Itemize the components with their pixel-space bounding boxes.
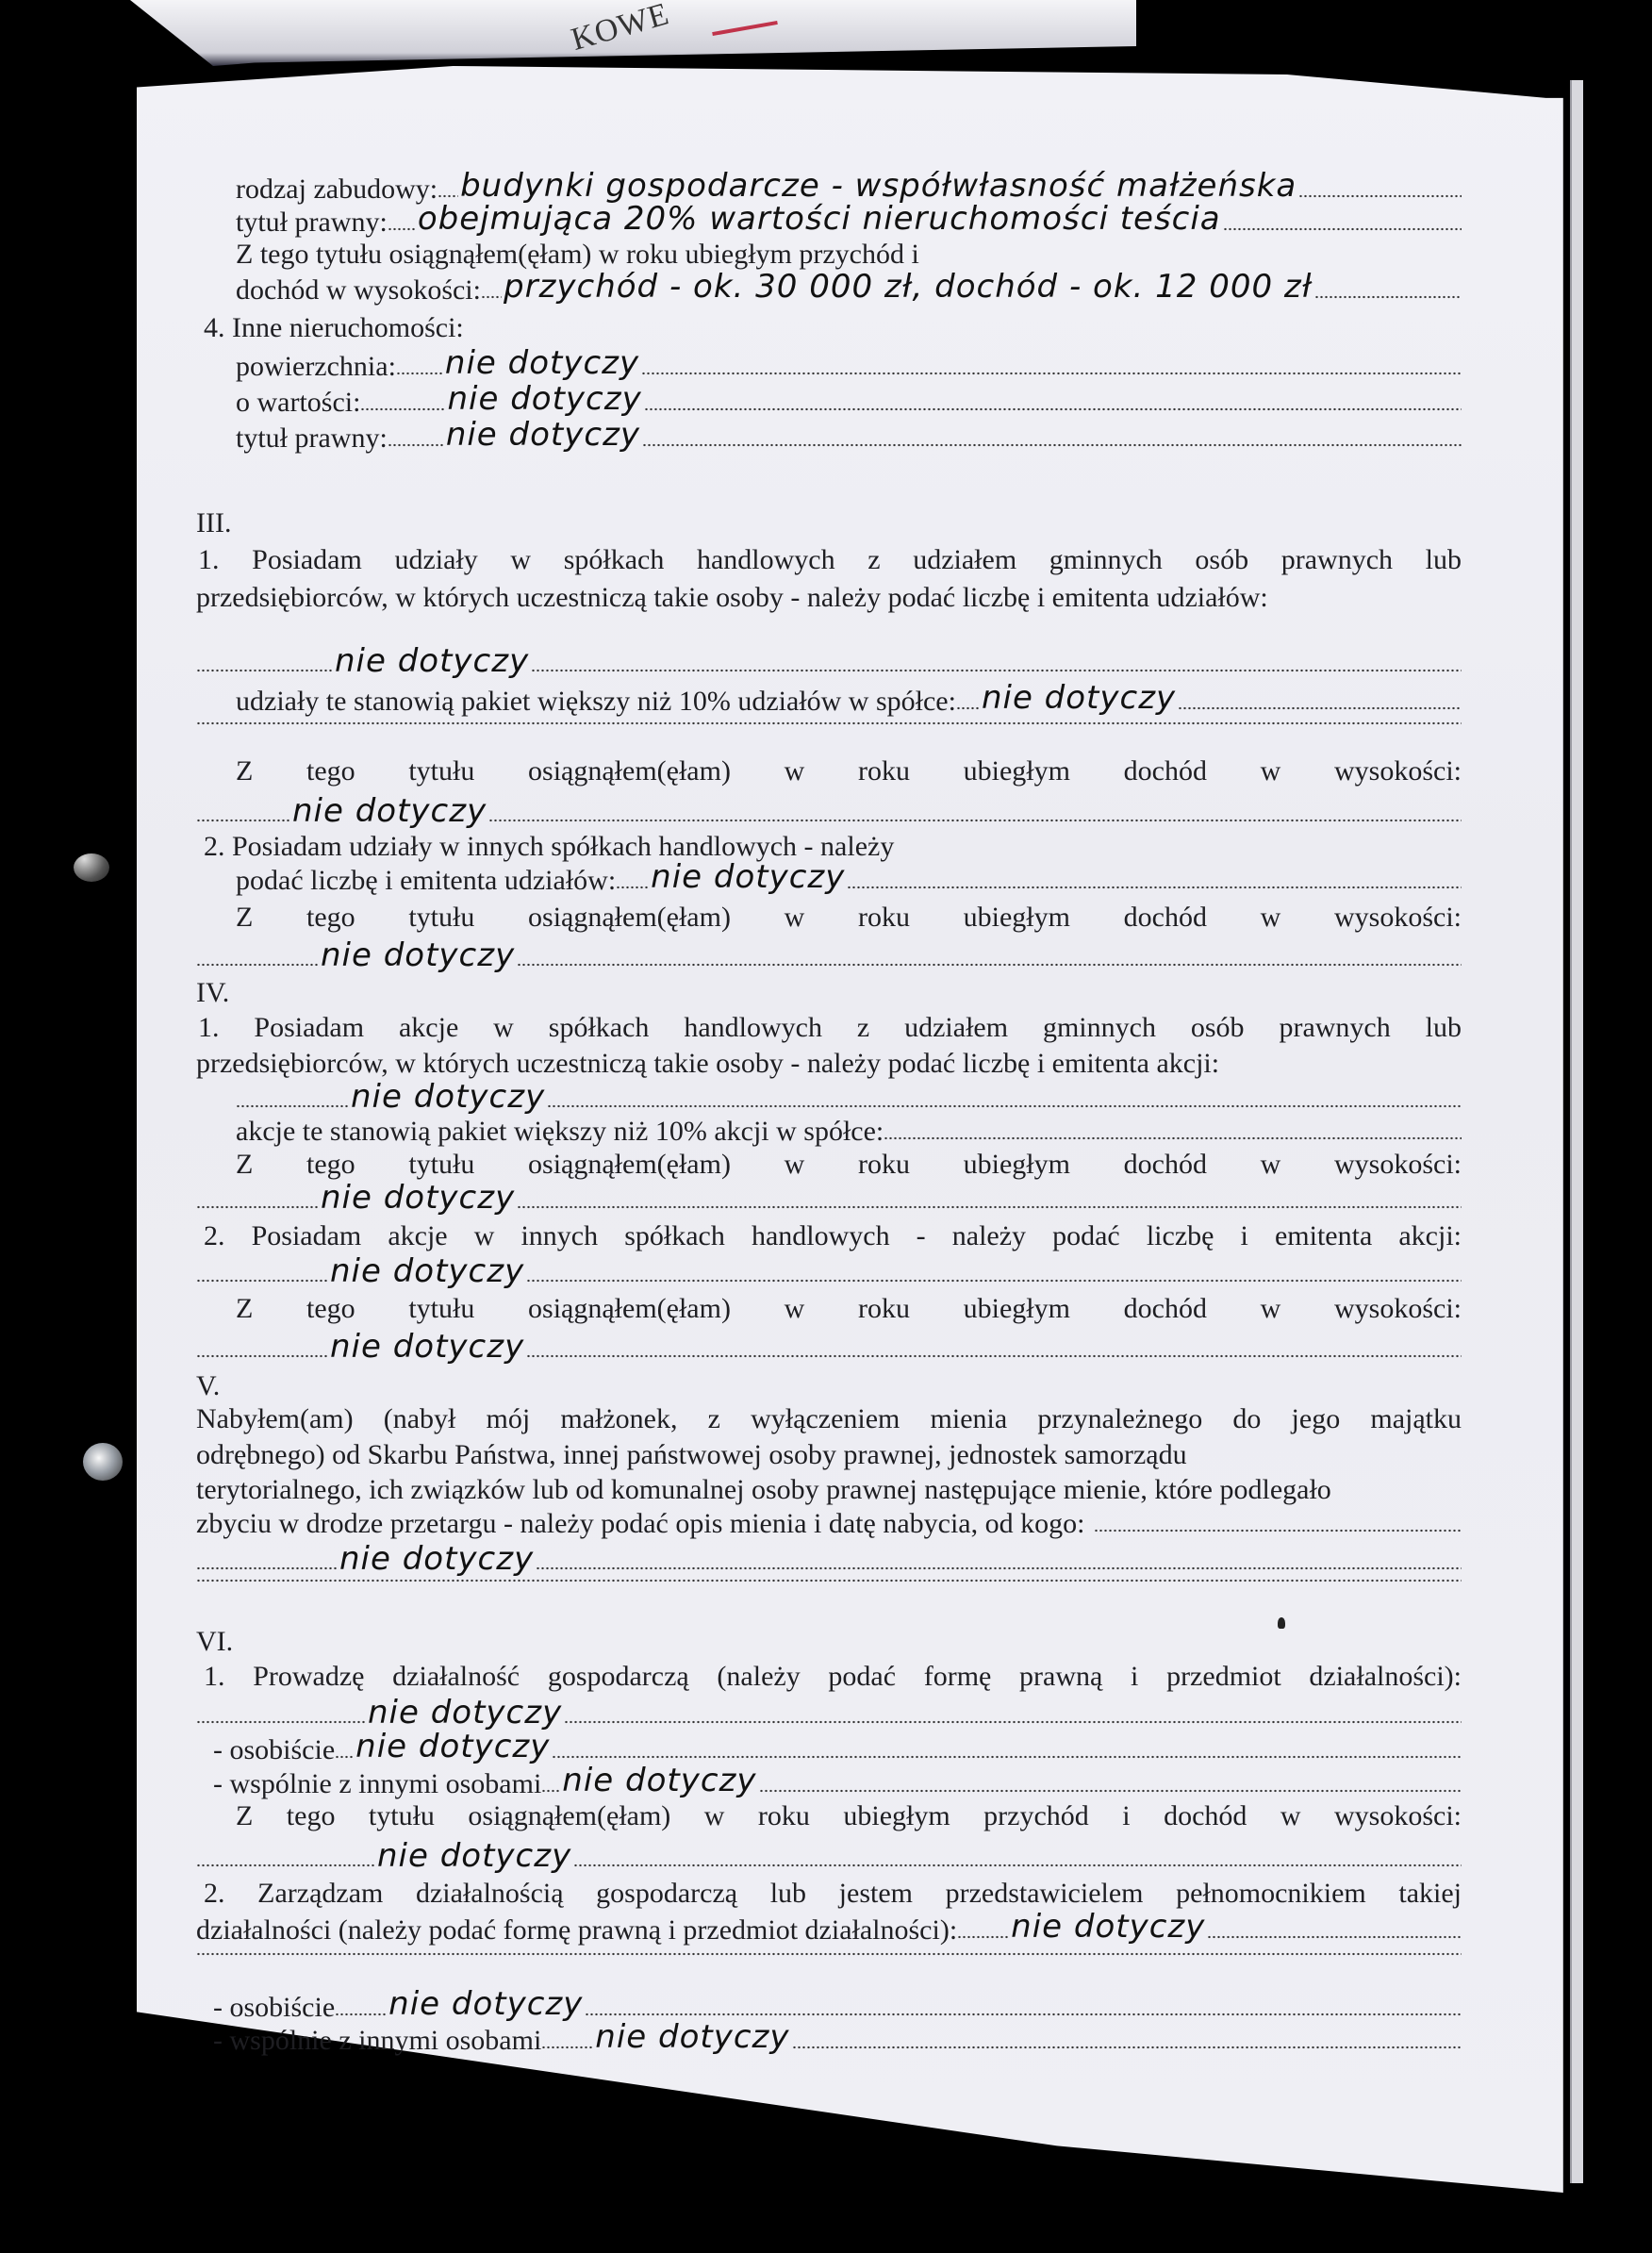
dot-leader — [1178, 706, 1462, 710]
underlying-page-edge — [1570, 80, 1583, 2183]
section-III-q1-answer[interactable]: nie dotyczy — [333, 645, 531, 678]
legal-title-label: tytuł prawny: — [236, 206, 388, 239]
legal-title-row: tytuł prawny: obejmująca 20% wartości ni… — [236, 205, 1462, 239]
folded-page-corner: KOWE — [99, 0, 1136, 66]
section-V-line1: Nabyłem(am) (nabył mój małżonek, z wyłąc… — [196, 1402, 1462, 1435]
section-VI-q2-answer[interactable]: nie dotyczy — [1009, 1911, 1207, 1944]
section-VI-q1-personal-label: - osobiście — [213, 1733, 335, 1766]
dot-leader — [641, 372, 1462, 375]
section-III-q2-income-label: Z tego tytułu osiągnąłem(ęłam) w roku ub… — [236, 901, 1462, 934]
section-IV-q1-answer-row: nie dotyczy — [236, 1083, 1462, 1116]
dot-leader — [1298, 194, 1462, 198]
section-III-q1-income-label: Z tego tytułu osiągnąłem(ęłam) w roku ub… — [236, 754, 1462, 787]
legal-title-value[interactable]: obejmująca 20% wartości nieruchomości te… — [416, 203, 1223, 236]
dot-leader — [196, 1720, 366, 1724]
section-III-q2-line2: podać liczbę i emitenta udziałów: — [236, 864, 616, 897]
dot-leader — [335, 2013, 387, 2016]
other-title-row: tytuł prawny: nie dotyczy — [236, 421, 1462, 455]
blank-dotted-row — [196, 1952, 1462, 1963]
section-III-q1-line1: 1. Posiadam udziały w spółkach handlowyc… — [198, 543, 1462, 576]
area-value[interactable]: nie dotyczy — [443, 347, 641, 380]
section-VI-q1-personal-row: - osobiście nie dotyczy — [213, 1732, 1462, 1766]
punch-hole-top — [74, 853, 109, 882]
section-III-q1-income-value[interactable]: nie dotyczy — [290, 795, 488, 828]
dot-leader — [196, 963, 319, 967]
section-VI-q1-income-label: Z tego tytułu osiągnąłem(ęłam) w roku ub… — [236, 1799, 1462, 1832]
dot-leader — [526, 1279, 1462, 1283]
dot-leader — [1314, 295, 1462, 299]
section-III-q2-answer[interactable]: nie dotyczy — [649, 861, 847, 894]
section-V-line4-row: zbyciu w drodze przetargu - należy podać… — [196, 1507, 1462, 1540]
section-VI-q1-joint-row: - wspólnie z innymi osobami nie dotyczy — [213, 1766, 1462, 1800]
section-VI-q1-answer[interactable]: nie dotyczy — [366, 1697, 564, 1730]
income-value[interactable]: przychód - ok. 30 000 zł, dochód - ok. 1… — [502, 271, 1314, 304]
section-VI-q2-answer-row: działalności (należy podać formę prawną … — [196, 1913, 1462, 1947]
section-VI-q2-personal-label: - osobiście — [213, 1991, 335, 2024]
dot-leader — [196, 669, 333, 672]
section-V-answer[interactable]: nie dotyczy — [338, 1543, 536, 1576]
value-row: o wartości: nie dotyczy — [236, 385, 1462, 419]
dot-leader — [541, 2046, 593, 2049]
section-III-q1-income-row: nie dotyczy — [196, 797, 1462, 830]
dot-leader — [536, 1566, 1462, 1570]
income-row: dochód w wysokości: przychód - ok. 30 00… — [236, 273, 1462, 306]
section-III-q1-line2: przedsiębiorców, w których uczestniczą t… — [196, 581, 1268, 614]
dot-leader — [585, 2013, 1462, 2016]
section-VI-q1-answer-row: nie dotyczy — [196, 1698, 1462, 1731]
dot-leader — [196, 1205, 319, 1209]
dot-leader — [541, 1789, 560, 1793]
dot-leader — [488, 819, 1462, 822]
section-IV-q1-income-label: Z tego tytułu osiągnąłem(ęłam) w roku ub… — [236, 1148, 1462, 1181]
value-value[interactable]: nie dotyczy — [445, 383, 643, 416]
section-IV-q1-answer[interactable]: nie dotyczy — [349, 1081, 547, 1114]
dot-leader — [196, 1279, 328, 1283]
dot-leader — [335, 1755, 354, 1759]
dot-leader — [957, 1935, 1009, 1939]
other-property-heading: 4. Inne nieruchomości: — [204, 311, 464, 344]
dot-leader — [616, 886, 649, 889]
dot-leader — [196, 1354, 328, 1358]
dot-leader — [642, 443, 1462, 447]
ink-mark — [1278, 1617, 1285, 1629]
section-IV-q1-line1: 1. Posiadam akcje w spółkach handlowych … — [198, 1011, 1462, 1044]
section-VI-q1-line1: 1. Prowadzę działalność gospodarczą (nal… — [204, 1660, 1462, 1693]
dot-leader — [847, 886, 1462, 889]
section-VI-q2-joint-row: - wspólnie z innymi osobami nie dotyczy — [213, 2023, 1462, 2057]
other-property-heading-row: 4. Inne nieruchomości: — [204, 311, 1469, 344]
section-VI-heading-row: VI. — [196, 1625, 1462, 1658]
dot-leader — [552, 1755, 1462, 1759]
dot-leader — [196, 819, 290, 822]
section-V-line2-row: odrębnego) od Skarbu Państwa, innej pańs… — [196, 1438, 1462, 1471]
other-title-label: tytuł prawny: — [236, 422, 388, 455]
section-III-q2-income-row: nie dotyczy — [196, 941, 1462, 974]
section-IV-q2-income-label: Z tego tytułu osiągnąłem(ęłam) w roku ub… — [236, 1292, 1462, 1325]
section-IV-q2-answer-row: nie dotyczy — [196, 1257, 1462, 1290]
section-IV-q2-income-row: nie dotyczy — [196, 1333, 1462, 1366]
dot-leader — [573, 1864, 1462, 1867]
dot-leader — [1094, 1529, 1462, 1532]
section-III-q1-pct-label: udziały te stanowią pakiet większy niż 1… — [236, 685, 956, 718]
section-IV-q2-answer[interactable]: nie dotyczy — [328, 1255, 526, 1288]
section-IV-heading-row: IV. — [196, 976, 1462, 1009]
dot-leader — [759, 1789, 1462, 1793]
section-IV-q1-pct-label: akcje te stanowią pakiet większy niż 10%… — [236, 1115, 884, 1148]
dot-leader — [236, 1104, 349, 1108]
income-intro-row: Z tego tytułu osiągnąłem(ęłam) w roku ub… — [236, 238, 1501, 271]
section-VI-q1-personal-value[interactable]: nie dotyczy — [354, 1731, 552, 1764]
dot-leader — [196, 1566, 338, 1570]
section-VI-q2-personal-row: - osobiście nie dotyczy — [213, 1990, 1462, 2024]
blank-dotted-row — [196, 1579, 1462, 1590]
dot-leader — [388, 227, 416, 231]
section-V-heading-row: V. — [196, 1369, 1462, 1402]
section-VI-q2-line1: 2. Zarządzam działalnością gospodarczą l… — [204, 1877, 1462, 1910]
section-V-heading: V. — [196, 1369, 220, 1402]
area-label: powierzchnia: — [236, 350, 396, 383]
section-III-q2-answer-row: podać liczbę i emitenta udziałów: nie do… — [236, 863, 1462, 897]
dot-leader — [1207, 1935, 1462, 1939]
section-VI-q1-income-row: nie dotyczy — [196, 1842, 1462, 1875]
dot-leader — [644, 407, 1462, 411]
red-stripe — [712, 21, 778, 36]
section-V-line2: odrębnego) od Skarbu Państwa, innej pańs… — [196, 1438, 1187, 1471]
dot-leader — [396, 372, 443, 375]
dot-leader — [884, 1136, 1462, 1140]
dot-leader — [481, 295, 502, 299]
section-V-line3: terytorialnego, ich związków lub od komu… — [196, 1473, 1331, 1506]
blank-dotted-row — [196, 721, 1462, 733]
section-IV-q1-pct-row: akcje te stanowią pakiet większy niż 10%… — [236, 1115, 1462, 1148]
section-VI-q1-income-value[interactable]: nie dotyczy — [375, 1840, 573, 1873]
dot-leader — [517, 963, 1462, 967]
section-VI-heading: VI. — [196, 1625, 233, 1658]
section-III-q1-pct-row: udziały te stanowią pakiet większy niż 1… — [236, 684, 1462, 718]
dot-leader — [526, 1354, 1462, 1358]
section-VI-q1-joint-label: - wspólnie z innymi osobami — [213, 1767, 541, 1800]
section-IV-q2-line1: 2. Posiadam akcje w innych spółkach hand… — [204, 1219, 1462, 1252]
section-VI-q1-joint-value[interactable]: nie dotyczy — [560, 1764, 758, 1797]
section-V-line4: zbyciu w drodze przetargu - należy podać… — [196, 1507, 1084, 1540]
dot-leader — [196, 1952, 1462, 1956]
section-III-q1-line2-row: przedsiębiorców, w których uczestniczą t… — [196, 581, 1462, 614]
income-intro-text: Z tego tytułu osiągnąłem(ęłam) w roku ub… — [236, 238, 919, 271]
area-row: powierzchnia: nie dotyczy — [236, 349, 1462, 383]
income-label: dochód w wysokości: — [236, 273, 481, 306]
punch-hole-bottom — [83, 1443, 123, 1481]
section-VI-q2-line2: działalności (należy podać formę prawną … — [196, 1913, 957, 1947]
section-IV-q1-line2: przedsiębiorców, w których uczestniczą t… — [196, 1047, 1219, 1080]
section-IV-q2-income-value[interactable]: nie dotyczy — [328, 1331, 526, 1364]
dot-leader — [388, 443, 444, 447]
dot-leader — [564, 1720, 1462, 1724]
section-III-q1-pct-value[interactable]: nie dotyczy — [980, 682, 1178, 715]
dot-leader — [792, 2046, 1462, 2049]
dot-leader — [531, 669, 1462, 672]
dot-leader — [196, 721, 1462, 725]
section-VI-q2-personal-value[interactable]: nie dotyczy — [387, 1988, 585, 2021]
section-IV-q1-income-row: nie dotyczy — [196, 1184, 1462, 1217]
building-type-label: rodzaj zabudowy: — [236, 173, 438, 206]
other-title-value[interactable]: nie dotyczy — [444, 419, 642, 452]
section-III-heading-row: III. — [196, 506, 1462, 539]
dot-leader — [196, 1579, 1462, 1582]
section-VI-q2-joint-label: - wspólnie z innymi osobami — [213, 2024, 541, 2057]
dot-leader — [1223, 227, 1462, 231]
section-VI-q2-joint-value[interactable]: nie dotyczy — [593, 2021, 791, 2054]
dot-leader — [956, 706, 980, 710]
dot-leader — [360, 407, 445, 411]
section-IV-heading: IV. — [196, 976, 229, 1009]
dot-leader — [547, 1104, 1462, 1108]
section-IV-q1-income-value[interactable]: nie dotyczy — [319, 1182, 517, 1215]
section-V-answer-row: nie dotyczy — [196, 1545, 1462, 1578]
section-III-heading: III. — [196, 506, 231, 539]
section-III-q2-income-value[interactable]: nie dotyczy — [319, 939, 517, 972]
section-IV-q1-line2-row: przedsiębiorców, w których uczestniczą t… — [196, 1047, 1462, 1080]
folded-header-text: KOWE — [568, 0, 673, 58]
value-label: o wartości: — [236, 386, 360, 419]
dot-leader — [438, 194, 458, 198]
section-V-line3-row: terytorialnego, ich związków lub od komu… — [196, 1473, 1462, 1506]
dot-leader — [196, 1864, 375, 1867]
building-type-value[interactable]: budynki gospodarcze - współwłasność małż… — [458, 170, 1298, 203]
section-III-q1-answer-row: nie dotyczy — [196, 647, 1462, 680]
dot-leader — [517, 1205, 1462, 1209]
